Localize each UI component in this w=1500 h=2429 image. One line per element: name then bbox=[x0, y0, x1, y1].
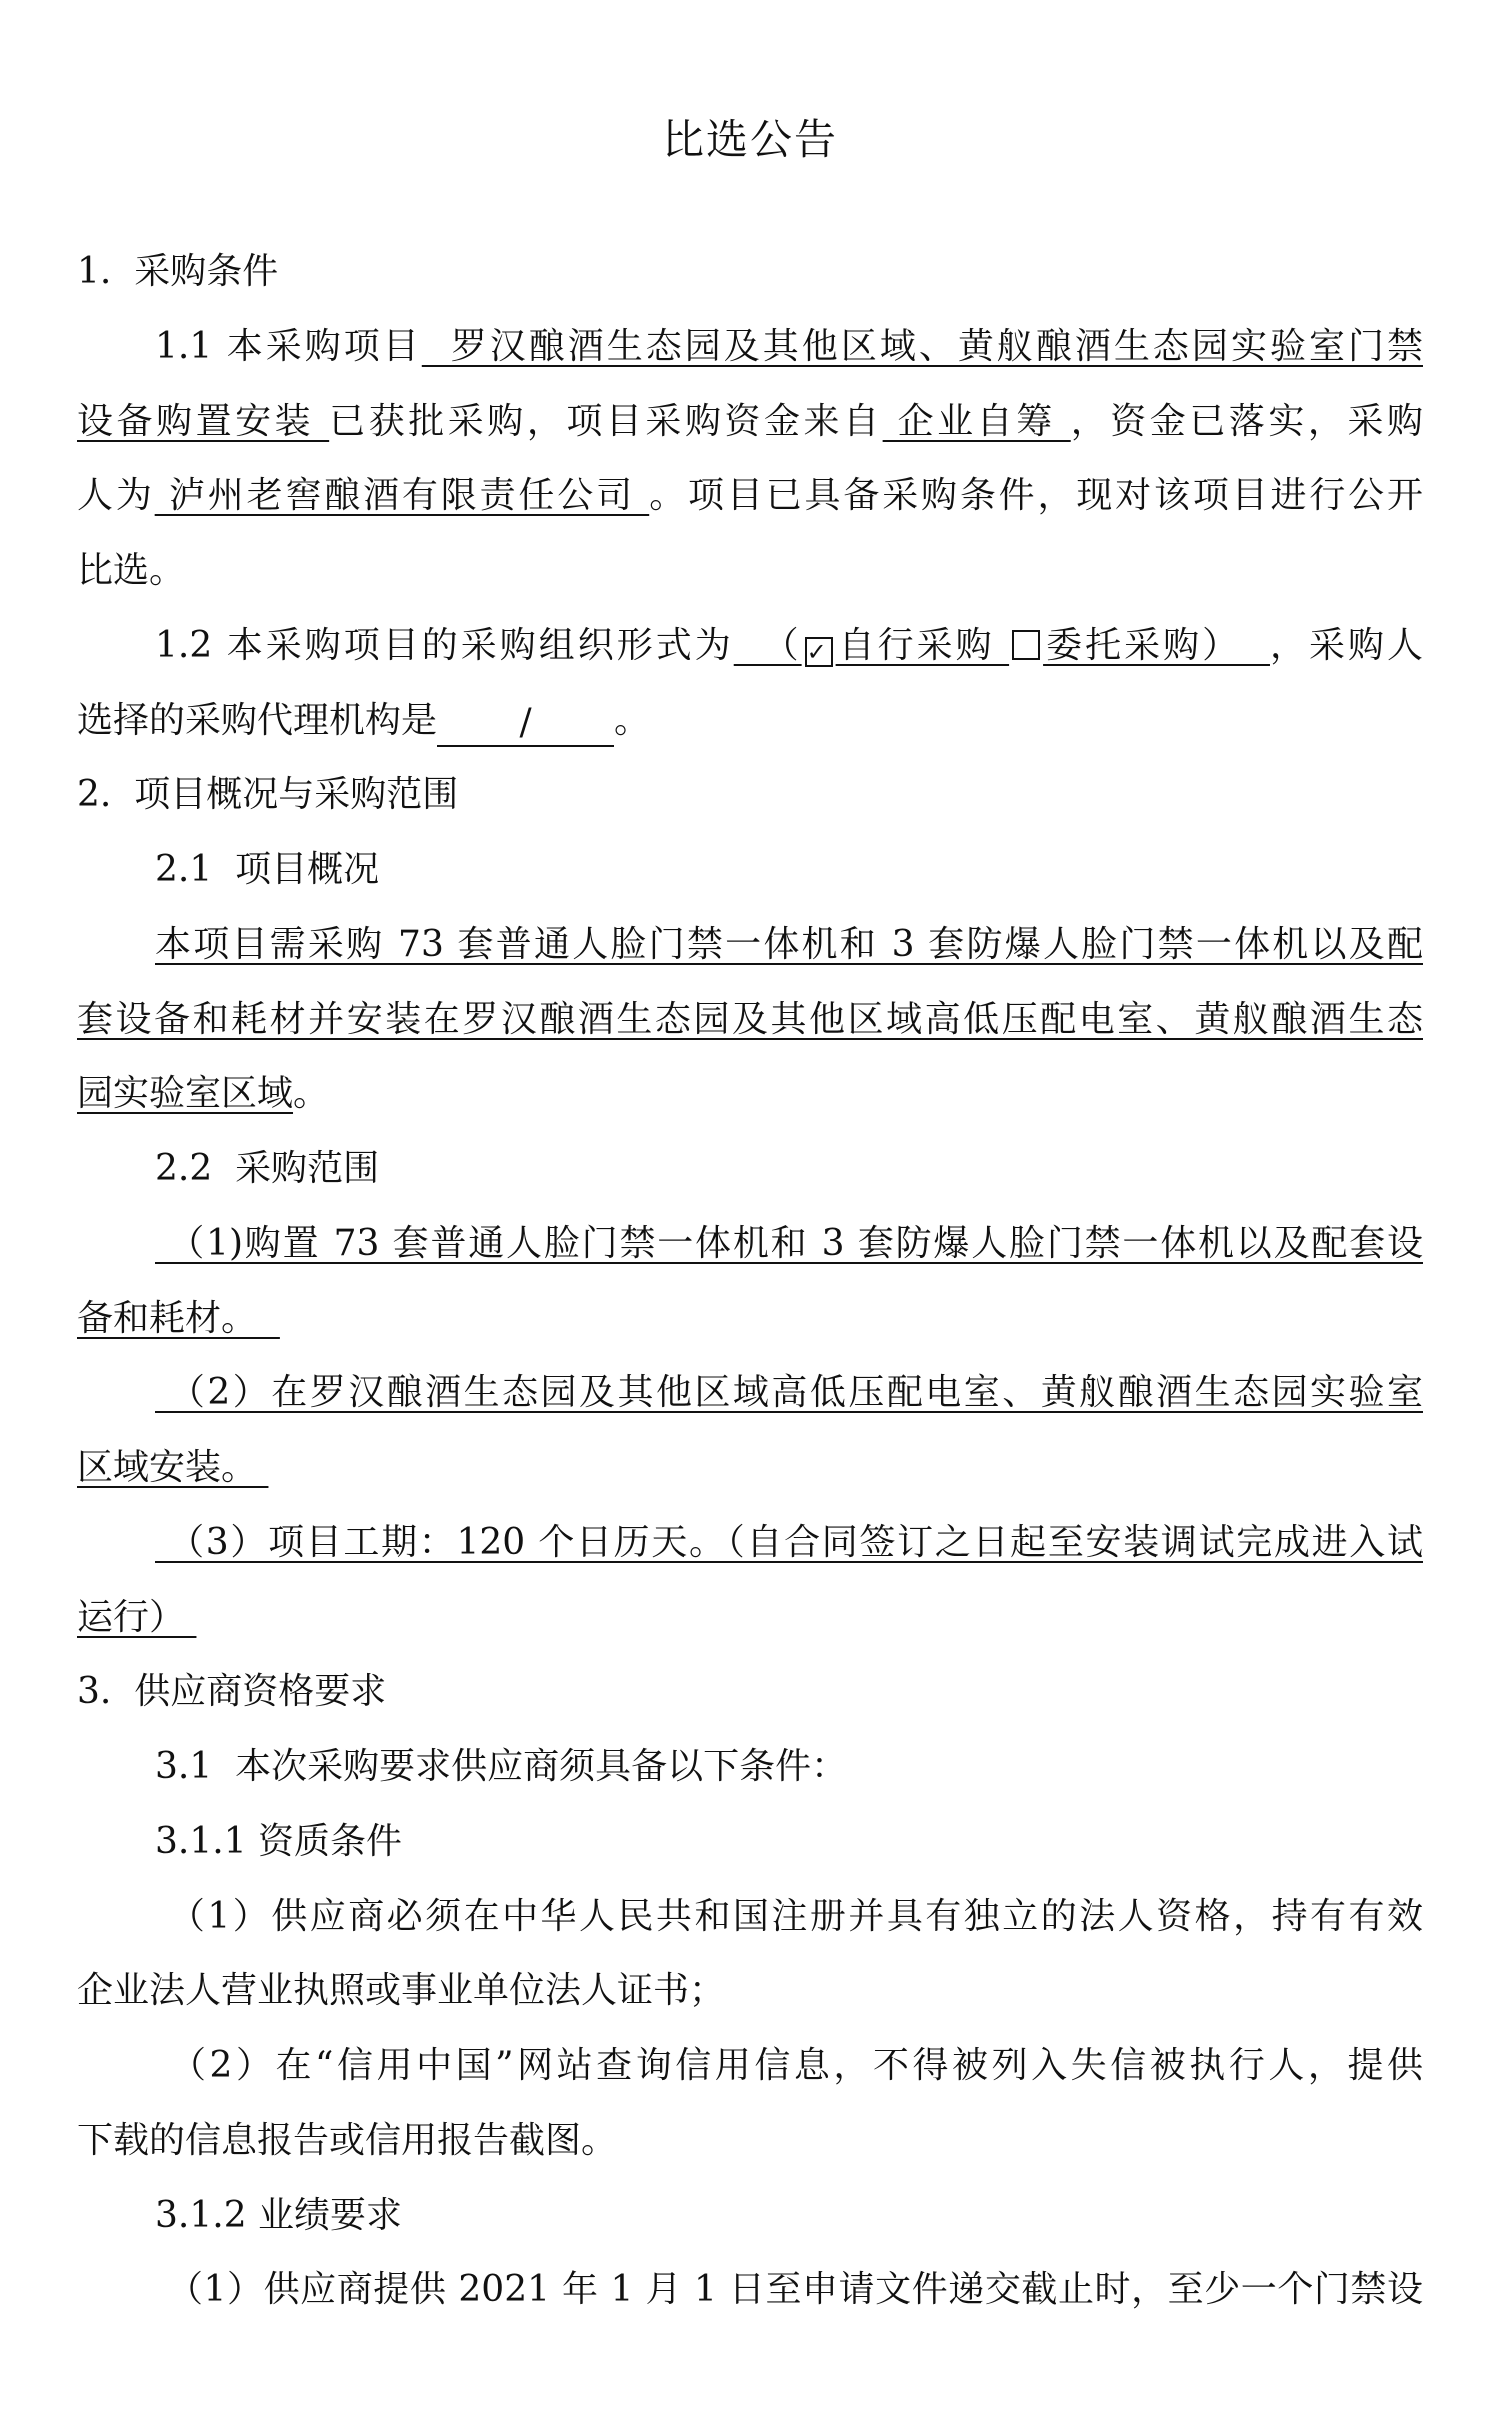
paragraph-1-2: 1.2 本采购项目的采购组织形式为 （✓自行采购 委托采购） ，采购人 bbox=[155, 608, 1423, 683]
scope-item-3-cont: 运行） bbox=[77, 1580, 1423, 1655]
text-run: ，采购人 bbox=[1270, 625, 1423, 666]
unchecked-checkbox-icon bbox=[1012, 630, 1040, 660]
paragraph-2-1-end: 园实验室区域。 bbox=[77, 1056, 1423, 1131]
underlined-field: 本项目需采购 73 套普通人脸门禁一体机和 3 套防爆人脸门禁一体机以及配 bbox=[155, 924, 1423, 965]
underlined-field: 泸州老窖酿酒有限责任公司 bbox=[155, 475, 650, 516]
qualification-item-2-cont: 下载的信息报告或信用报告截图。 bbox=[77, 2103, 1423, 2178]
underlined-field: 运行） bbox=[77, 1597, 196, 1638]
paragraph-1-2-cont: 选择的采购代理机构是/。 bbox=[77, 683, 1423, 758]
underlined-field: 区域安装。 bbox=[77, 1447, 268, 1488]
text-run: 。 bbox=[614, 700, 650, 741]
qualification-item-1: （1）供应商必须在中华人民共和国注册并具有独立的法人资格，持有有效 bbox=[155, 1879, 1423, 1954]
underlined-field: 套设备和耗材并安装在罗汉酿酒生态园及其他区域高低压配电室、黄舣酿酒生态 bbox=[77, 999, 1423, 1040]
paragraph-1-1-cont: 设备购置安装 已获批采购，项目采购资金来自 企业自筹 ，资金已落实，采购 bbox=[77, 384, 1423, 459]
text-run: 2.2 采购范围 bbox=[155, 1148, 379, 1189]
text-run: ，资金已落实，采购 bbox=[1071, 401, 1423, 442]
qualification-item-2: （2）在“信用中国”网站查询信用信息，不得被列入失信被执行人，提供 bbox=[155, 2028, 1423, 2103]
underlined-field: 罗汉酿酒生态园及其他区域、黄舣酿酒生态园实验室门禁 bbox=[422, 326, 1423, 367]
section-heading-procurement-conditions: 1. 采购条件 bbox=[77, 234, 1423, 309]
text-run: 下载的信息报告或信用报告截图。 bbox=[77, 2120, 617, 2161]
text-run: （1）供应商提供 2021 年 1 月 1 日至申请文件递交截止时，至少一个门禁… bbox=[155, 2269, 1423, 2310]
underlined-field: 企业自筹 bbox=[883, 401, 1071, 442]
underlined-field: （1)购置 73 套普通人脸门禁一体机和 3 套防爆人脸门禁一体机以及配套设 bbox=[155, 1223, 1423, 1264]
scope-item-2-cont: 区域安装。 bbox=[77, 1430, 1423, 1505]
text-run: 3.1.2 业绩要求 bbox=[155, 2195, 402, 2236]
text-run: 1. 采购条件 bbox=[77, 251, 278, 292]
text-run: （2）在“信用中国”网站查询信用信息，不得被列入失信被执行人，提供 bbox=[155, 2045, 1423, 2086]
underlined-field: 委托采购） bbox=[1043, 625, 1270, 666]
text-run: 3.1.1 资质条件 bbox=[155, 1821, 402, 1862]
section-heading-project-overview: 2. 项目概况与采购范围 bbox=[77, 757, 1423, 832]
text-run: 3.1 本次采购要求供应商须具备以下条件： bbox=[155, 1746, 847, 1787]
scope-item-3: （3）项目工期：120 个日历天。（自合同签订之日起至安装调试完成进入试 bbox=[155, 1505, 1423, 1580]
underlined-field: 园实验室区域 bbox=[77, 1073, 293, 1114]
scope-item-1: （1)购置 73 套普通人脸门禁一体机和 3 套防爆人脸门禁一体机以及配套设 bbox=[155, 1206, 1423, 1281]
text-run: 已获批采购，项目采购资金来自 bbox=[329, 401, 882, 442]
performance-item-1: （1）供应商提供 2021 年 1 月 1 日至申请文件递交截止时，至少一个门禁… bbox=[155, 2252, 1423, 2327]
paragraph-1-1-cont: 人为 泸州老窖酿酒有限责任公司 。项目已具备采购条件，现对该项目进行公开 bbox=[77, 458, 1423, 533]
subheading-3-1-2: 3.1.2 业绩要求 bbox=[155, 2178, 1423, 2253]
section-heading-supplier-qualifications: 3. 供应商资格要求 bbox=[77, 1654, 1423, 1729]
paragraph-1-1-end: 比选。 bbox=[77, 533, 1423, 608]
underlined-field: 设备购置安装 bbox=[77, 401, 329, 442]
agency-blank-field: / bbox=[437, 701, 614, 747]
scope-item-2: （2）在罗汉酿酒生态园及其他区域高低压配电室、黄舣酿酒生态园实验室 bbox=[155, 1355, 1423, 1430]
subheading-2-2: 2.2 采购范围 bbox=[155, 1131, 1423, 1206]
text-run: 比选。 bbox=[77, 550, 185, 591]
underlined-field: 备和耗材。 bbox=[77, 1298, 280, 1339]
checkbox-wrapper: ✓ bbox=[802, 625, 836, 666]
page-title: 比选公告 bbox=[0, 112, 1500, 168]
subheading-3-1: 3.1 本次采购要求供应商须具备以下条件： bbox=[155, 1729, 1423, 1804]
checked-checkbox-icon: ✓ bbox=[805, 637, 833, 667]
text-run: 1.1 本采购项目 bbox=[155, 326, 422, 367]
underlined-field: （ bbox=[734, 625, 802, 666]
paragraph-2-1-cont: 套设备和耗材并安装在罗汉酿酒生态园及其他区域高低压配电室、黄舣酿酒生态 bbox=[77, 982, 1423, 1057]
subheading-3-1-1: 3.1.1 资质条件 bbox=[155, 1804, 1423, 1879]
text-run: （1）供应商必须在中华人民共和国注册并具有独立的法人资格，持有有效 bbox=[155, 1896, 1423, 1937]
underlined-field: （2）在罗汉酿酒生态园及其他区域高低压配电室、黄舣酿酒生态园实验室 bbox=[155, 1372, 1423, 1413]
underlined-field: 自行采购 bbox=[836, 625, 1009, 666]
paragraph-1-1: 1.1 本采购项目 罗汉酿酒生态园及其他区域、黄舣酿酒生态园实验室门禁 bbox=[155, 309, 1423, 384]
qualification-item-1-cont: 企业法人营业执照或事业单位法人证书； bbox=[77, 1953, 1423, 2028]
text-run: 选择的采购代理机构是 bbox=[77, 700, 437, 741]
text-run: 人为 bbox=[77, 475, 155, 516]
checkbox-wrapper bbox=[1009, 625, 1043, 666]
text-run: 1.2 本采购项目的采购组织形式为 bbox=[155, 625, 734, 666]
subheading-2-1: 2.1 项目概况 bbox=[155, 832, 1423, 907]
text-run: 2.1 项目概况 bbox=[155, 849, 379, 890]
scope-item-1-cont: 备和耗材。 bbox=[77, 1281, 1423, 1356]
text-run: 。项目已具备采购条件，现对该项目进行公开 bbox=[649, 475, 1423, 516]
underlined-field: （3）项目工期：120 个日历天。（自合同签订之日起至安装调试完成进入试 bbox=[155, 1522, 1423, 1563]
text-run: 。 bbox=[293, 1073, 329, 1114]
text-run: 3. 供应商资格要求 bbox=[77, 1671, 386, 1712]
text-run: 2. 项目概况与采购范围 bbox=[77, 774, 458, 815]
paragraph-2-1: 本项目需采购 73 套普通人脸门禁一体机和 3 套防爆人脸门禁一体机以及配 bbox=[155, 907, 1423, 982]
text-run: 企业法人营业执照或事业单位法人证书； bbox=[77, 1970, 725, 2011]
